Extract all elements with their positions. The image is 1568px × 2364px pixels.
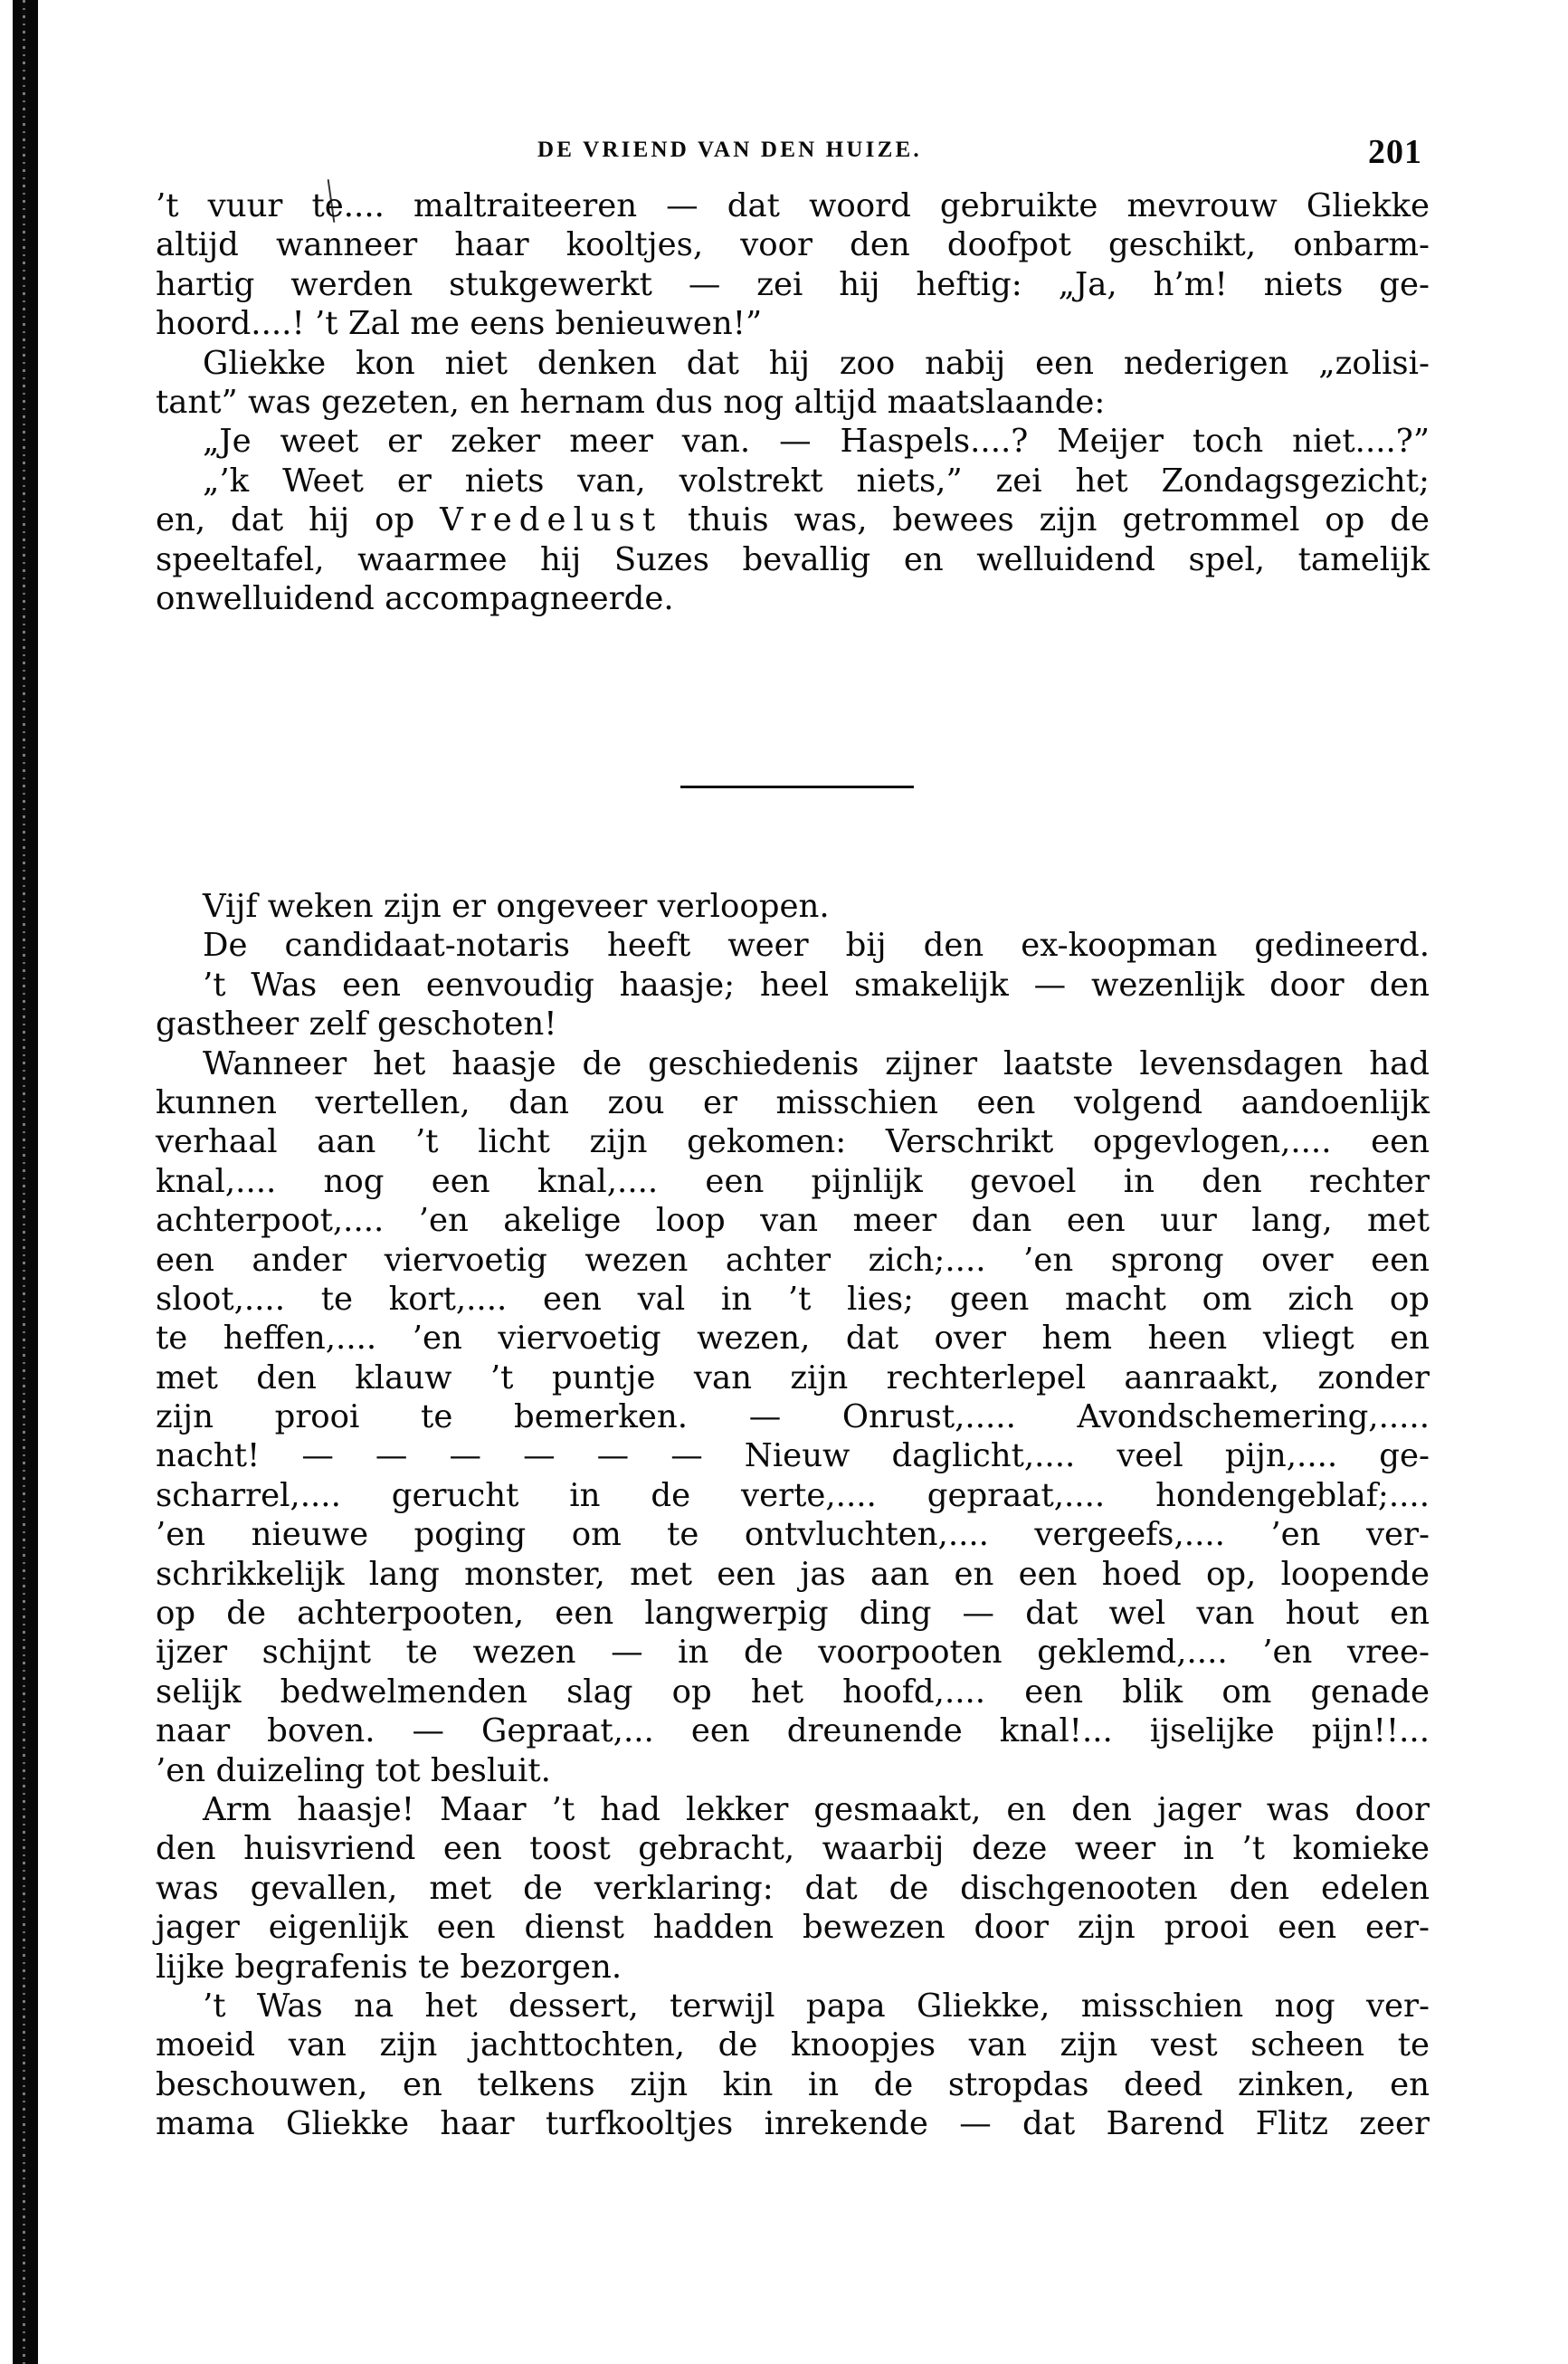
- text-line: verhaal aan ’t licht zijn gekomen: Versc…: [156, 1122, 1430, 1161]
- paragraph-start-line: Vijf weken zijn er ongeveer verloopen.: [156, 887, 1430, 926]
- text-line: hoord....! ’t Zal me eens benieuwen!”: [156, 304, 1430, 343]
- text-line: nacht! — — — — — — Nieuw daglicht,.... v…: [156, 1436, 1430, 1475]
- text-line: kunnen vertellen, dan zou er misschien e…: [156, 1083, 1430, 1122]
- running-head: DE VRIEND VAN DEN HUIZE. 201: [156, 134, 1430, 174]
- text-line: mama Gliekke haar turfkooltjes inrekende…: [156, 2104, 1430, 2143]
- text-line: jager eigenlijk een dienst hadden beweze…: [156, 1908, 1430, 1947]
- text-line: gastheer zelf geschoten!: [156, 1005, 1430, 1044]
- paragraph-start-line: ’t Was na het dessert, terwijl papa Glie…: [156, 1987, 1430, 2026]
- text-fragment: en, dat hij op: [156, 501, 440, 539]
- text-line: ’en duizeling tot besluit.: [156, 1751, 1430, 1790]
- text-fragment: thuis was, bewees zijn getrommel op de: [662, 501, 1430, 539]
- paragraph-start-line: De candidaat-notaris heeft weer bij den …: [156, 926, 1430, 965]
- text-line: scharrel,.... gerucht in de verte,.... g…: [156, 1476, 1430, 1515]
- book-binding-edge: [13, 0, 38, 2364]
- text-line: tant” was gezeten, en hernam dus nog alt…: [156, 383, 1430, 422]
- text-line: selijk bedwelmenden slag op het hoofd,..…: [156, 1673, 1430, 1711]
- text-line: achterpoot,.... ’en akelige loop van mee…: [156, 1201, 1430, 1240]
- text-line: op de achterpooten, een langwerpig ding …: [156, 1594, 1430, 1633]
- paragraph-start-line: Wanneer het haasje de geschiedenis zijne…: [156, 1044, 1430, 1083]
- text-line: met den klauw ’t puntje van zijn rechter…: [156, 1358, 1430, 1397]
- text-line: hartig werden stukgewerkt — zei hij heft…: [156, 265, 1430, 304]
- paragraph-start-line: ’t Was een eenvoudig haasje; heel smakel…: [156, 966, 1430, 1005]
- text-line: ijzer schijnt te wezen — in de voorpoote…: [156, 1633, 1430, 1672]
- text-line: sloot,.... te kort,.... een val in ’t li…: [156, 1280, 1430, 1319]
- text-section-2: Vijf weken zijn er ongeveer verloopen. D…: [156, 887, 1430, 2144]
- text-line: speeltafel, waarmee hij Suzes bevallig e…: [156, 540, 1430, 579]
- text-line: en, dat hij op Vredelust thuis was, bewe…: [156, 500, 1430, 539]
- text-line: moeid van zijn jachttochten, de knoopjes…: [156, 2026, 1430, 2064]
- page-number: 201: [1368, 132, 1422, 172]
- text-line: den huisvriend een toost gebracht, waarb…: [156, 1829, 1430, 1868]
- text-section-1: ’t vuur te.... maltraiteeren — dat woord…: [156, 186, 1430, 618]
- text-line: altijd wanneer haar kooltjes, voor den d…: [156, 225, 1430, 264]
- text-line: lijke begrafenis te bezorgen.: [156, 1948, 1430, 1987]
- paragraph-start-line: „’k Weet er niets van, volstrekt niets,”…: [156, 462, 1430, 500]
- text-line: zijn prooi te bemerken. — Onrust,..... A…: [156, 1397, 1430, 1436]
- paragraph-start-line: Gliekke kon niet denken dat hij zoo nabi…: [156, 344, 1430, 383]
- text-line: onwelluidend accompagneerde.: [156, 579, 1430, 618]
- text-line: beschouwen, en telkens zijn kin in de st…: [156, 2065, 1430, 2104]
- text-line: knal,.... nog een knal,.... een pijnlijk…: [156, 1162, 1430, 1201]
- text-line: ’t vuur te.... maltraiteeren — dat woord…: [156, 186, 1430, 225]
- text-line: een ander viervoetig wezen achter zich;.…: [156, 1241, 1430, 1280]
- place-name-spaced: Vredelust: [440, 501, 662, 539]
- paragraph-start-line: Arm haasje! Maar ’t had lekker gesmaakt,…: [156, 1790, 1430, 1829]
- text-line: was gevallen, met de verklaring: dat de …: [156, 1869, 1430, 1908]
- text-line: naar boven. — Gepraat,... een dreunende …: [156, 1711, 1430, 1750]
- text-line: schrikkelijk lang monster, met een jas a…: [156, 1555, 1430, 1594]
- running-title: DE VRIEND VAN DEN HUIZE.: [537, 138, 922, 163]
- text-line: te heffen,.... ’en viervoetig wezen, dat…: [156, 1319, 1430, 1358]
- section-divider: [680, 786, 914, 788]
- text-line: ’en nieuwe poging om te ontvluchten,....…: [156, 1515, 1430, 1554]
- paragraph-start-line: „Je weet er zeker meer van. — Haspels...…: [156, 422, 1430, 461]
